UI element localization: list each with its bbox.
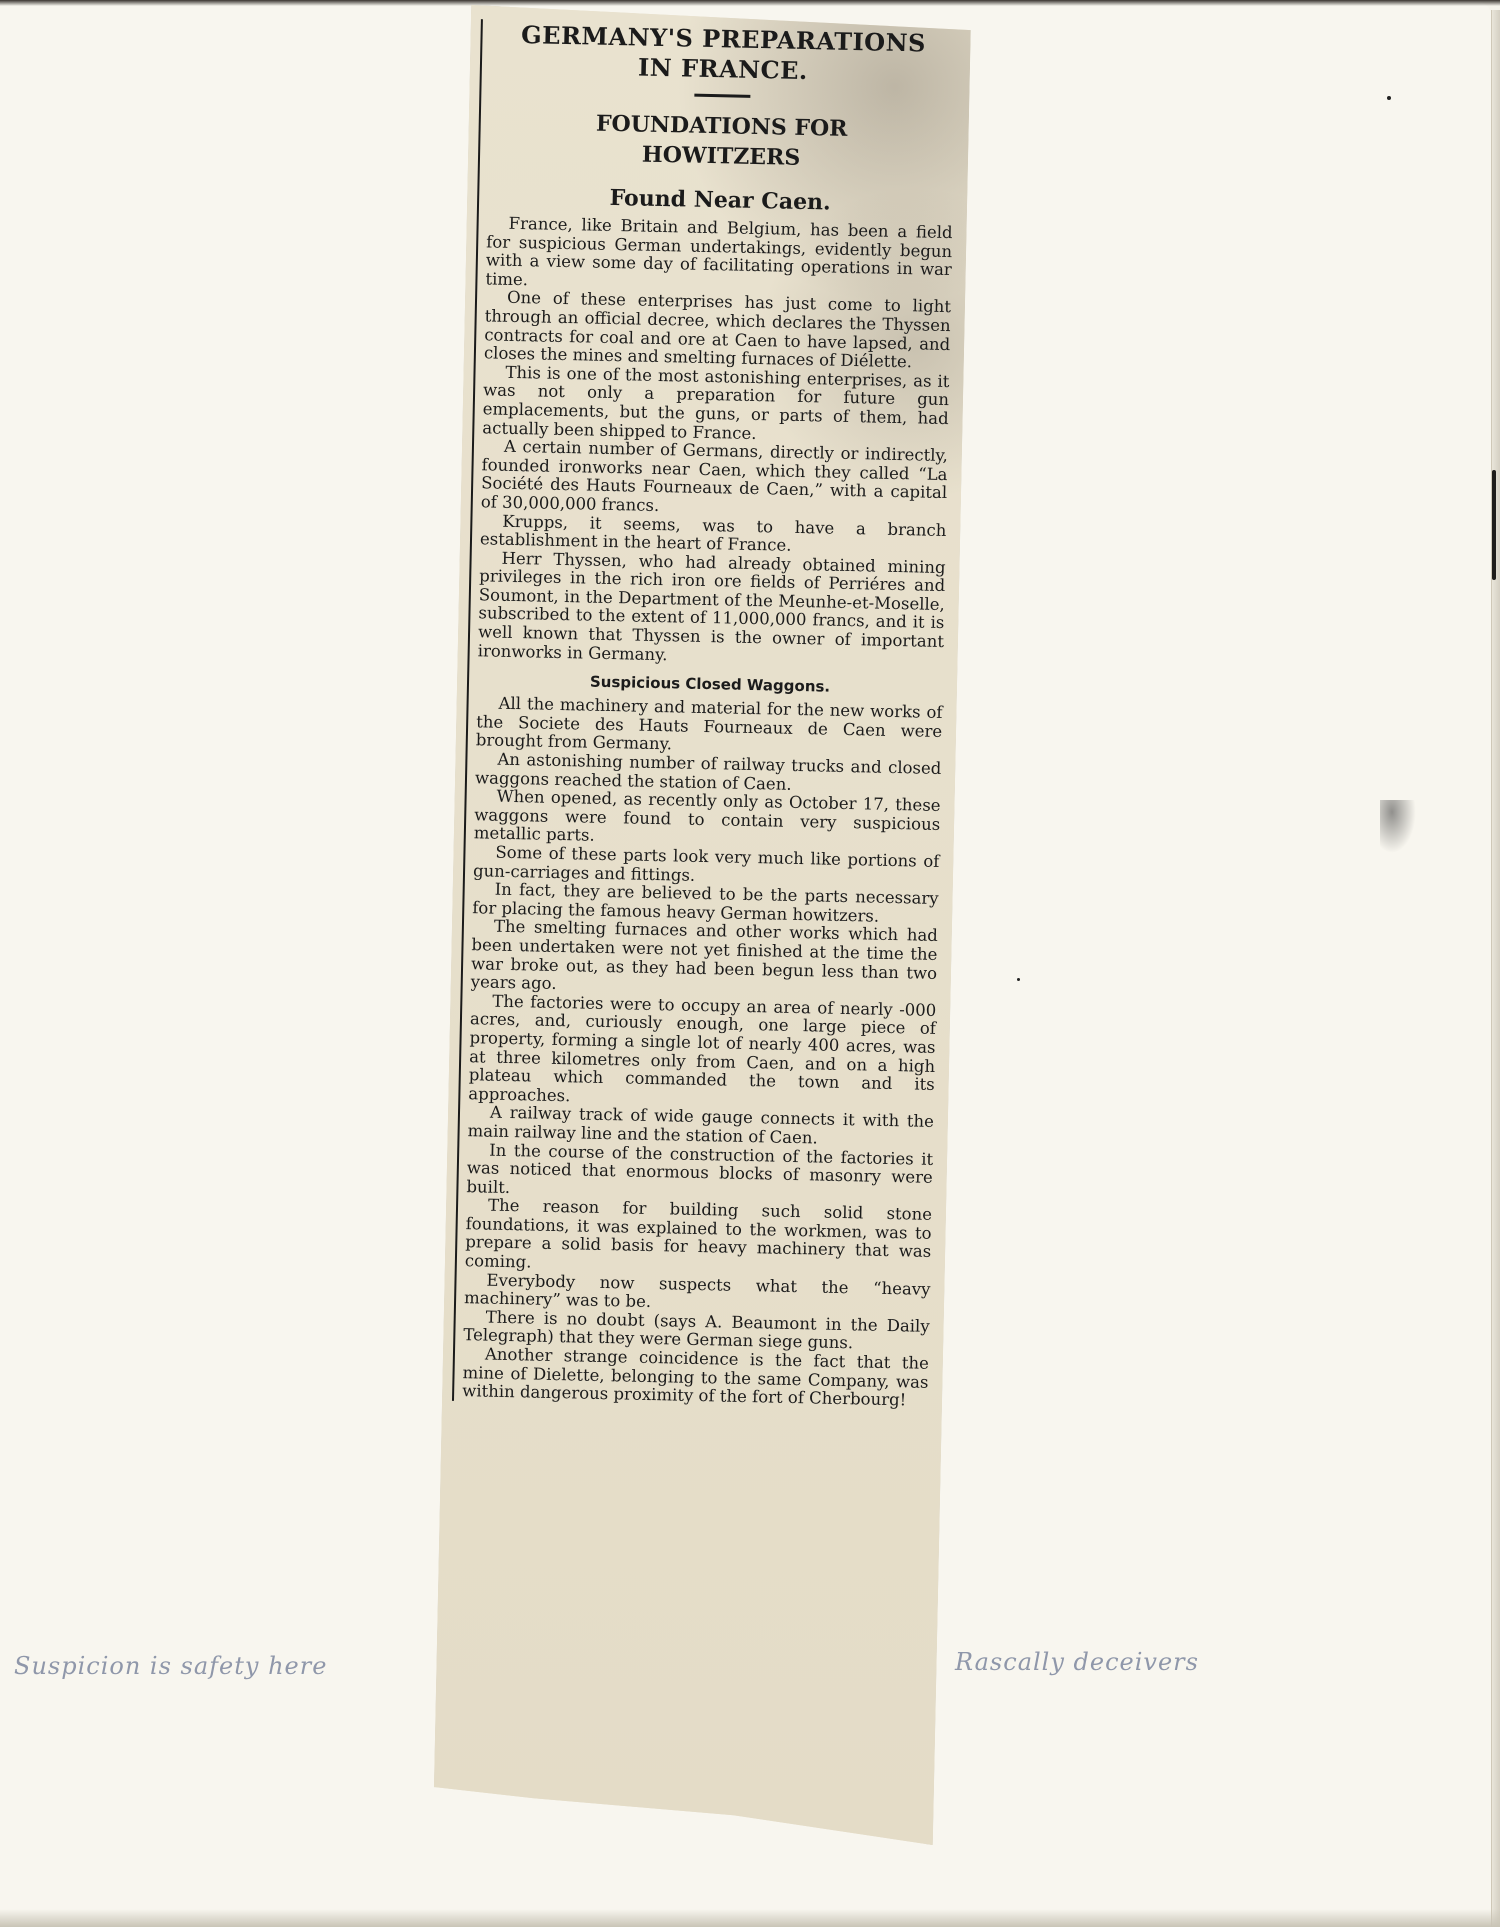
spine-tear bbox=[1492, 470, 1496, 580]
headline-divider bbox=[694, 94, 750, 98]
article-paragraph: France, like Britain and Belgium, has be… bbox=[485, 214, 952, 298]
article-paragraph: Another strange coincidence is the fact … bbox=[462, 1345, 929, 1411]
clipping-column: GERMANY'S PREPARATIONS IN FRANCE. FOUNDA… bbox=[452, 19, 957, 1410]
article-paragraph: The reason for building such solid stone… bbox=[465, 1196, 932, 1280]
article-paragraph: The factories were to occupy an area of … bbox=[468, 992, 936, 1113]
article-paragraph: The smelting furnaces and other works wh… bbox=[471, 918, 938, 1002]
ink-speck bbox=[1017, 978, 1020, 981]
page-top-edge bbox=[0, 0, 1500, 6]
article-paragraph: One of these enterprises has just come t… bbox=[484, 289, 951, 373]
article-paragraph: Herr Thyssen, who had already obtained m… bbox=[477, 549, 945, 670]
article-paragraph: A certain number of Germans, directly or… bbox=[481, 437, 948, 521]
page-bottom-edge bbox=[0, 1909, 1500, 1927]
article-paragraph: This is one of the most astonishing ente… bbox=[482, 363, 949, 447]
handwritten-note-right: Rascally deceivers bbox=[955, 1648, 1199, 1676]
handwritten-note-left: Suspicion is safety here bbox=[14, 1652, 327, 1680]
newspaper-clipping: GERMANY'S PREPARATIONS IN FRANCE. FOUNDA… bbox=[433, 5, 971, 1845]
page-spine bbox=[1491, 10, 1500, 1927]
ink-speck bbox=[1387, 96, 1391, 100]
ink-smudge bbox=[1380, 800, 1420, 860]
